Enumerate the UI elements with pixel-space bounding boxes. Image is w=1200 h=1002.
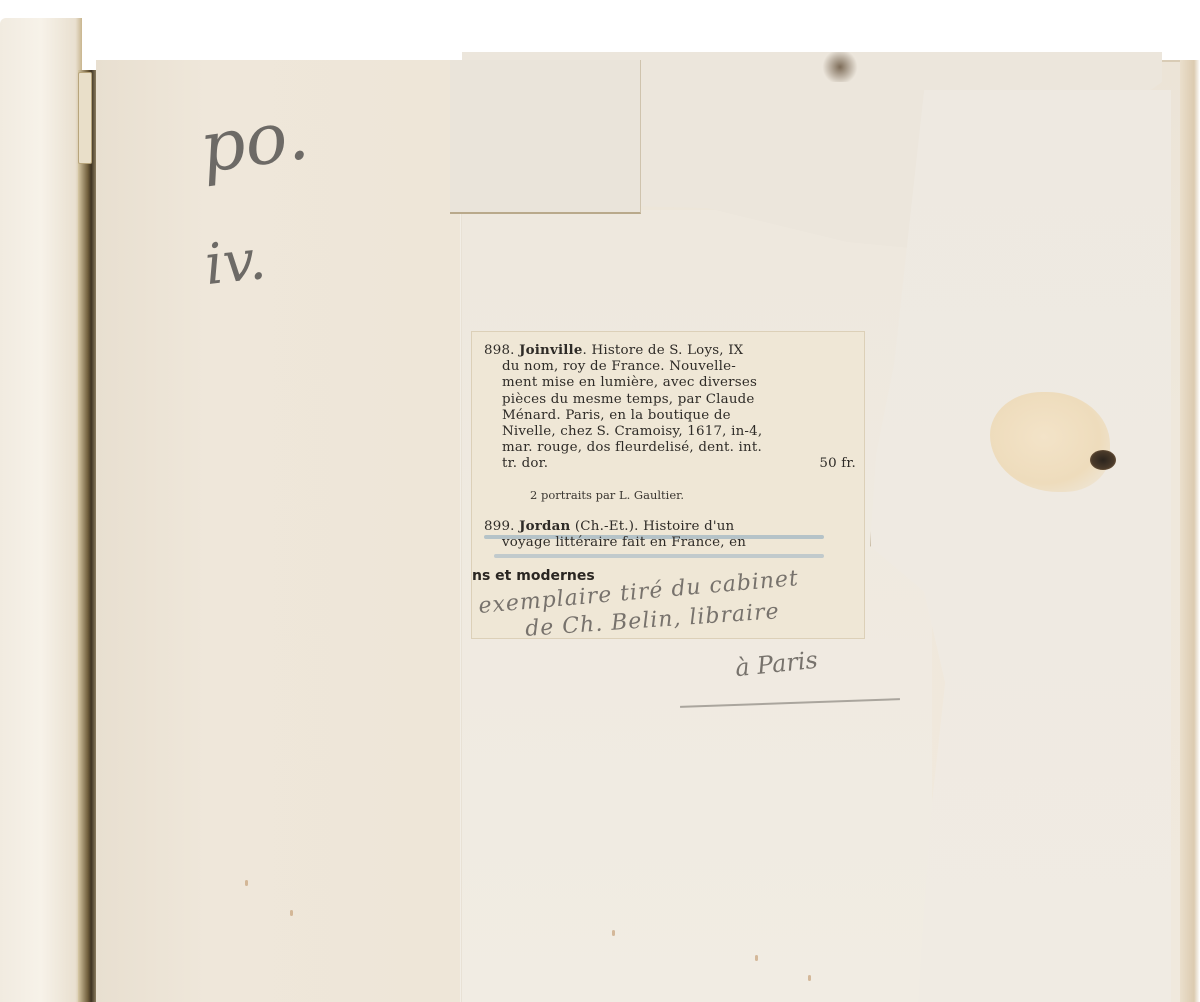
entry-line: Ménard. Paris, en la boutique de <box>484 408 856 424</box>
blue-crayon-mark <box>494 554 824 558</box>
catalogue-entry-899: 899. Jordan (Ch.-Et.). Histoire d'un voy… <box>484 518 856 551</box>
paper-flap <box>450 60 641 214</box>
paper-hole <box>1090 450 1116 470</box>
entry-line: mar. rouge, dos fleurdelisé, dent. int. <box>484 440 856 456</box>
foxing-spot <box>245 880 248 886</box>
entry-line-price: tr. dor. 50 fr. <box>484 456 856 472</box>
entry-price: 50 fr. <box>819 456 856 472</box>
entry-number: 898. <box>484 343 515 358</box>
entry-text: Histoire d'un <box>643 519 734 534</box>
entry-line: du nom, roy de France. Nouvelle- <box>484 359 856 375</box>
entry-text: tr. dor. <box>502 456 548 472</box>
entry-line: 898. Joinville. Histore de S. Loys, IX <box>484 342 856 359</box>
entry-line: Nivelle, chez S. Cramoisy, 1617, in-4, <box>484 424 856 440</box>
endpaper-left-panel <box>96 60 462 1002</box>
entry-author: Joinville <box>519 342 582 358</box>
entry-author: Jordan <box>519 518 570 534</box>
pencil-mark-iv: iv. <box>202 227 269 298</box>
entry-line: pièces du mesme temps, par Claude <box>484 392 856 408</box>
section-heading-fragment: ns et modernes <box>472 568 595 584</box>
foxing-spot <box>755 955 758 961</box>
ink-stain <box>820 52 860 82</box>
binding-tab <box>78 72 92 164</box>
entry-line: ment mise en lumière, avec diverses <box>484 375 856 391</box>
entry-number: 899. <box>484 519 515 534</box>
entry-line: 899. Jordan (Ch.-Et.). Histoire d'un <box>484 518 856 535</box>
entry-line: voyage littéraire fait en France, en <box>484 535 856 551</box>
entry-note: 2 portraits par L. Gaultier. <box>530 488 684 502</box>
foxing-spot <box>808 975 811 981</box>
left-page-edge <box>0 18 82 1002</box>
entry-text: Histore de S. Loys, IX <box>591 343 743 358</box>
entry-author-detail: (Ch.-Et.). <box>575 519 639 534</box>
right-page-edge <box>1180 60 1200 1002</box>
foxing-spot <box>612 930 615 936</box>
foxing-spot <box>290 910 293 916</box>
catalogue-entry-898: 898. Joinville. Histore de S. Loys, IX d… <box>484 342 856 473</box>
pencil-mark-po: po. <box>195 93 313 189</box>
